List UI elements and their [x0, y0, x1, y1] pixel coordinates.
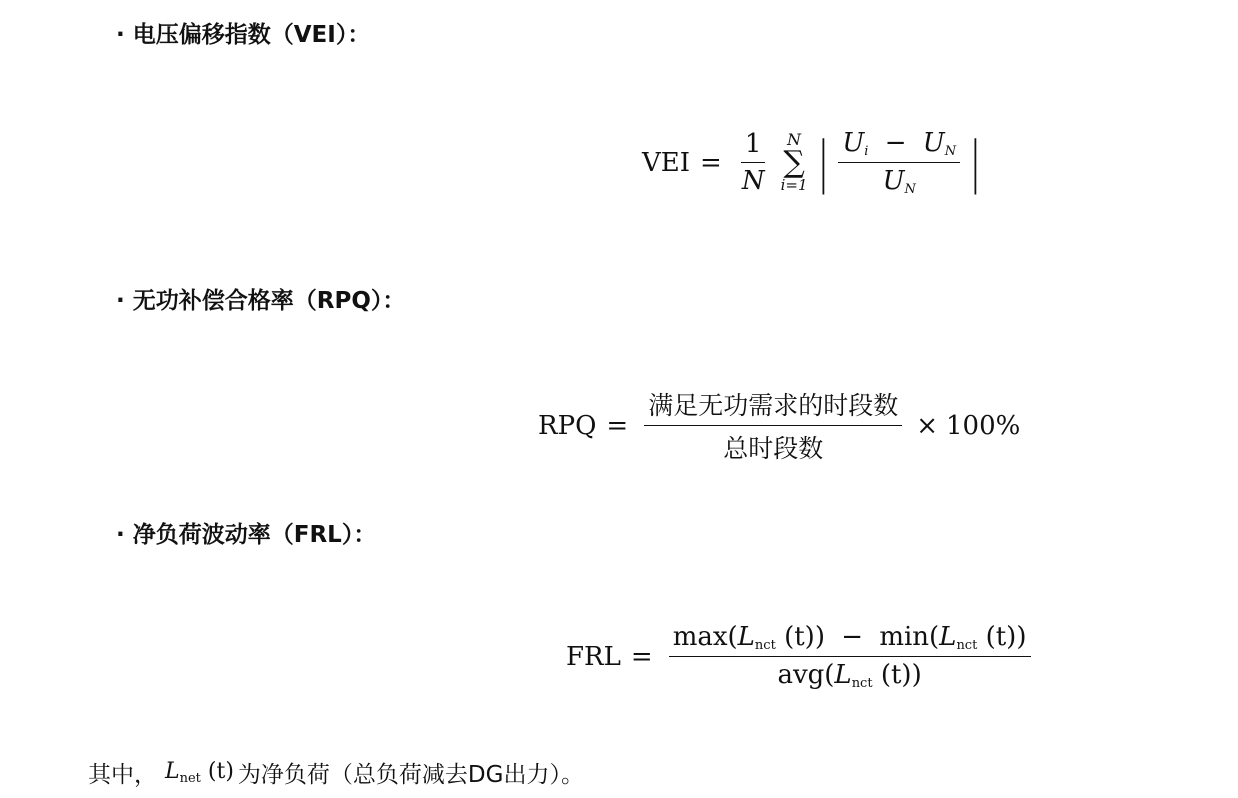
heading-rpq: ·无功补偿合格率（RPQ）： — [116, 282, 405, 315]
percent-value: 100% — [946, 411, 1020, 441]
heading-frl-text: 净负荷波动率（FRL）： — [133, 522, 377, 548]
formula-frl: FRL = max(Lnct (t)) − min(Lnct (t)) avg(… — [566, 622, 1037, 691]
times-sign: × — [916, 411, 938, 441]
formula-lhs: RPQ — [538, 411, 596, 441]
fraction-frl: max(Lnct (t)) − min(Lnct (t)) avg(Lnct (… — [669, 622, 1031, 691]
equals-sign: = — [631, 642, 653, 672]
abs-bar-left: | — [819, 135, 827, 191]
equals-sign: = — [606, 411, 628, 441]
formula-rpq: RPQ = 满足无功需求的时段数 总时段数 × 100% — [538, 386, 1020, 465]
bullet: · — [116, 522, 125, 548]
note-math: Lnet (t) — [165, 759, 234, 786]
fraction-coef: 1 N — [738, 129, 769, 196]
note-suffix: 为净负荷（总负荷减去DG出力）。 — [238, 756, 584, 789]
fraction-rpq: 满足无功需求的时段数 总时段数 — [644, 386, 902, 465]
abs-bar-right: | — [972, 135, 980, 191]
heading-vei: ·电压偏移指数（VEI）： — [116, 16, 370, 49]
heading-rpq-text: 无功补偿合格率（RPQ）： — [133, 288, 406, 314]
note-prefix: 其中， — [88, 756, 157, 789]
formula-vei: VEI = 1 N N ∑ i=1 | Ui − UN UN | — [642, 128, 985, 197]
note-paragraph: 其中， Lnet (t) 为净负荷（总负荷减去DG出力）。 — [88, 756, 584, 789]
formula-lhs: VEI — [642, 148, 690, 178]
fraction-deviation: Ui − UN UN — [838, 128, 960, 197]
heading-vei-text: 电压偏移指数（VEI）： — [133, 22, 371, 48]
equals-sign: = — [700, 148, 722, 178]
summation: N ∑ i=1 — [781, 132, 808, 193]
heading-frl: ·净负荷波动率（FRL）： — [116, 516, 376, 549]
bullet: · — [116, 22, 125, 48]
bullet: · — [116, 288, 125, 314]
formula-lhs: FRL — [566, 642, 621, 672]
